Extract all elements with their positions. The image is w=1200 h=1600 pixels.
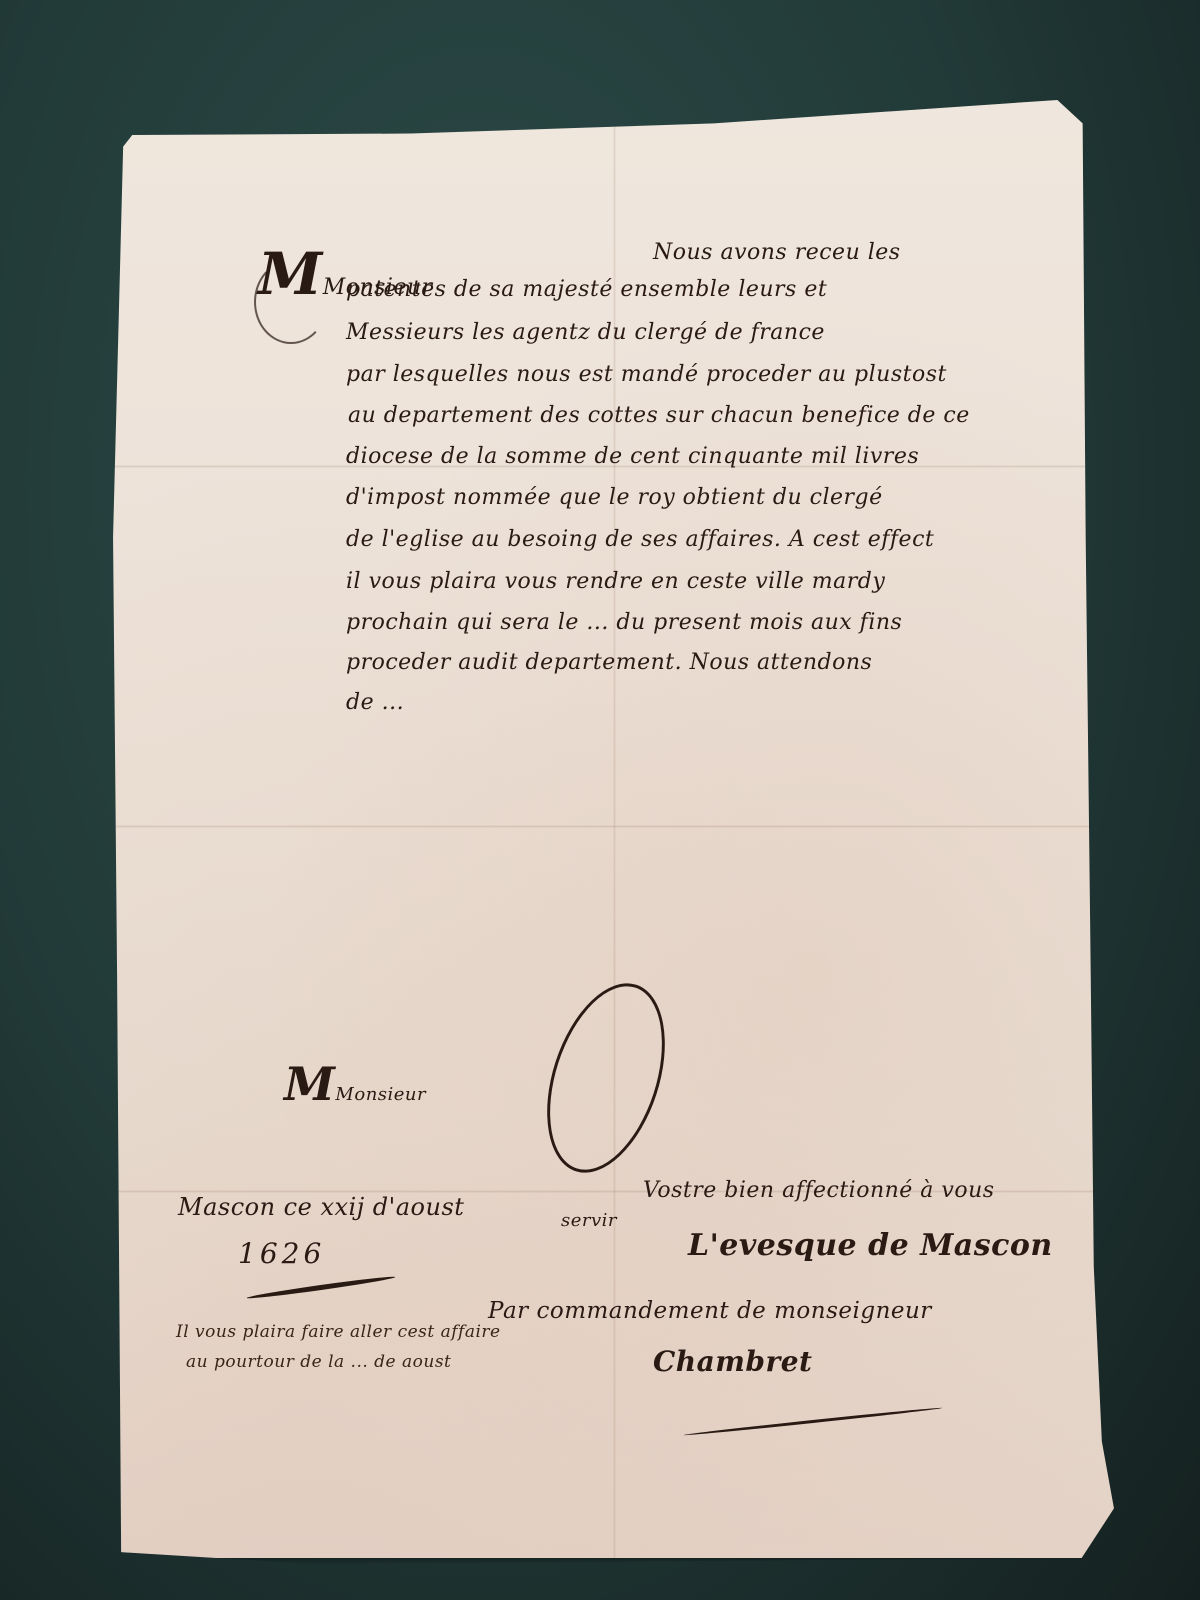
document-page: MMonsieur Nous avons receu les patentes … [108, 100, 1118, 1558]
dateline-place-date: Mascon ce xxij d'aoust [178, 1193, 464, 1221]
closing-line-1: Vostre bien affectionné à vous [643, 1178, 995, 1203]
postscript-line-2: au pourtour de la ... de aoust [186, 1352, 451, 1372]
body-line-10: prochain qui sera le ... du present mois… [346, 603, 902, 643]
postscript-line-1: Il vous plaira faire aller cest affaire [176, 1322, 501, 1342]
closing-line-2: servir [561, 1210, 617, 1231]
secretary-signature: Chambret [653, 1345, 813, 1378]
body-line-7: d'impost nommée que le roy obtient du cl… [346, 478, 883, 518]
body-line-4: par lesquelles nous est mandé proceder a… [346, 355, 947, 395]
decorated-initial: M [284, 1057, 335, 1111]
closing-salutation-text: Monsieur [335, 1084, 426, 1105]
signature-underline [684, 1406, 943, 1436]
counter-signature-line: Par commandement de monseigneur [488, 1298, 932, 1324]
body-line-2: patentes de sa majesté ensemble leurs et [346, 270, 827, 310]
body-line-12: de ... [346, 683, 404, 723]
body-line-1: Nous avons receu les [653, 233, 901, 273]
initial-flourish [254, 260, 328, 344]
body-line-9: il vous plaira vous rendre en ceste vill… [346, 562, 885, 602]
flourish-stroke [246, 1275, 395, 1301]
body-line-6: diocese de la somme de cent cinquante mi… [346, 437, 919, 477]
dateline-year: 1626 [238, 1237, 325, 1270]
signature-paraph-loop [525, 968, 686, 1187]
closing-salutation: MMonsieur [284, 1057, 426, 1111]
body-line-3: Messieurs les agentz du clergé de france [346, 313, 825, 353]
body-line-5: au departement des cottes sur chacun ben… [348, 396, 970, 436]
body-line-11: proceder audit departement. Nous attendo… [346, 643, 872, 683]
bishop-signature: L'evesque de Mascon [688, 1228, 1053, 1263]
body-line-8: de l'eglise au besoing de ses affaires. … [346, 520, 934, 560]
